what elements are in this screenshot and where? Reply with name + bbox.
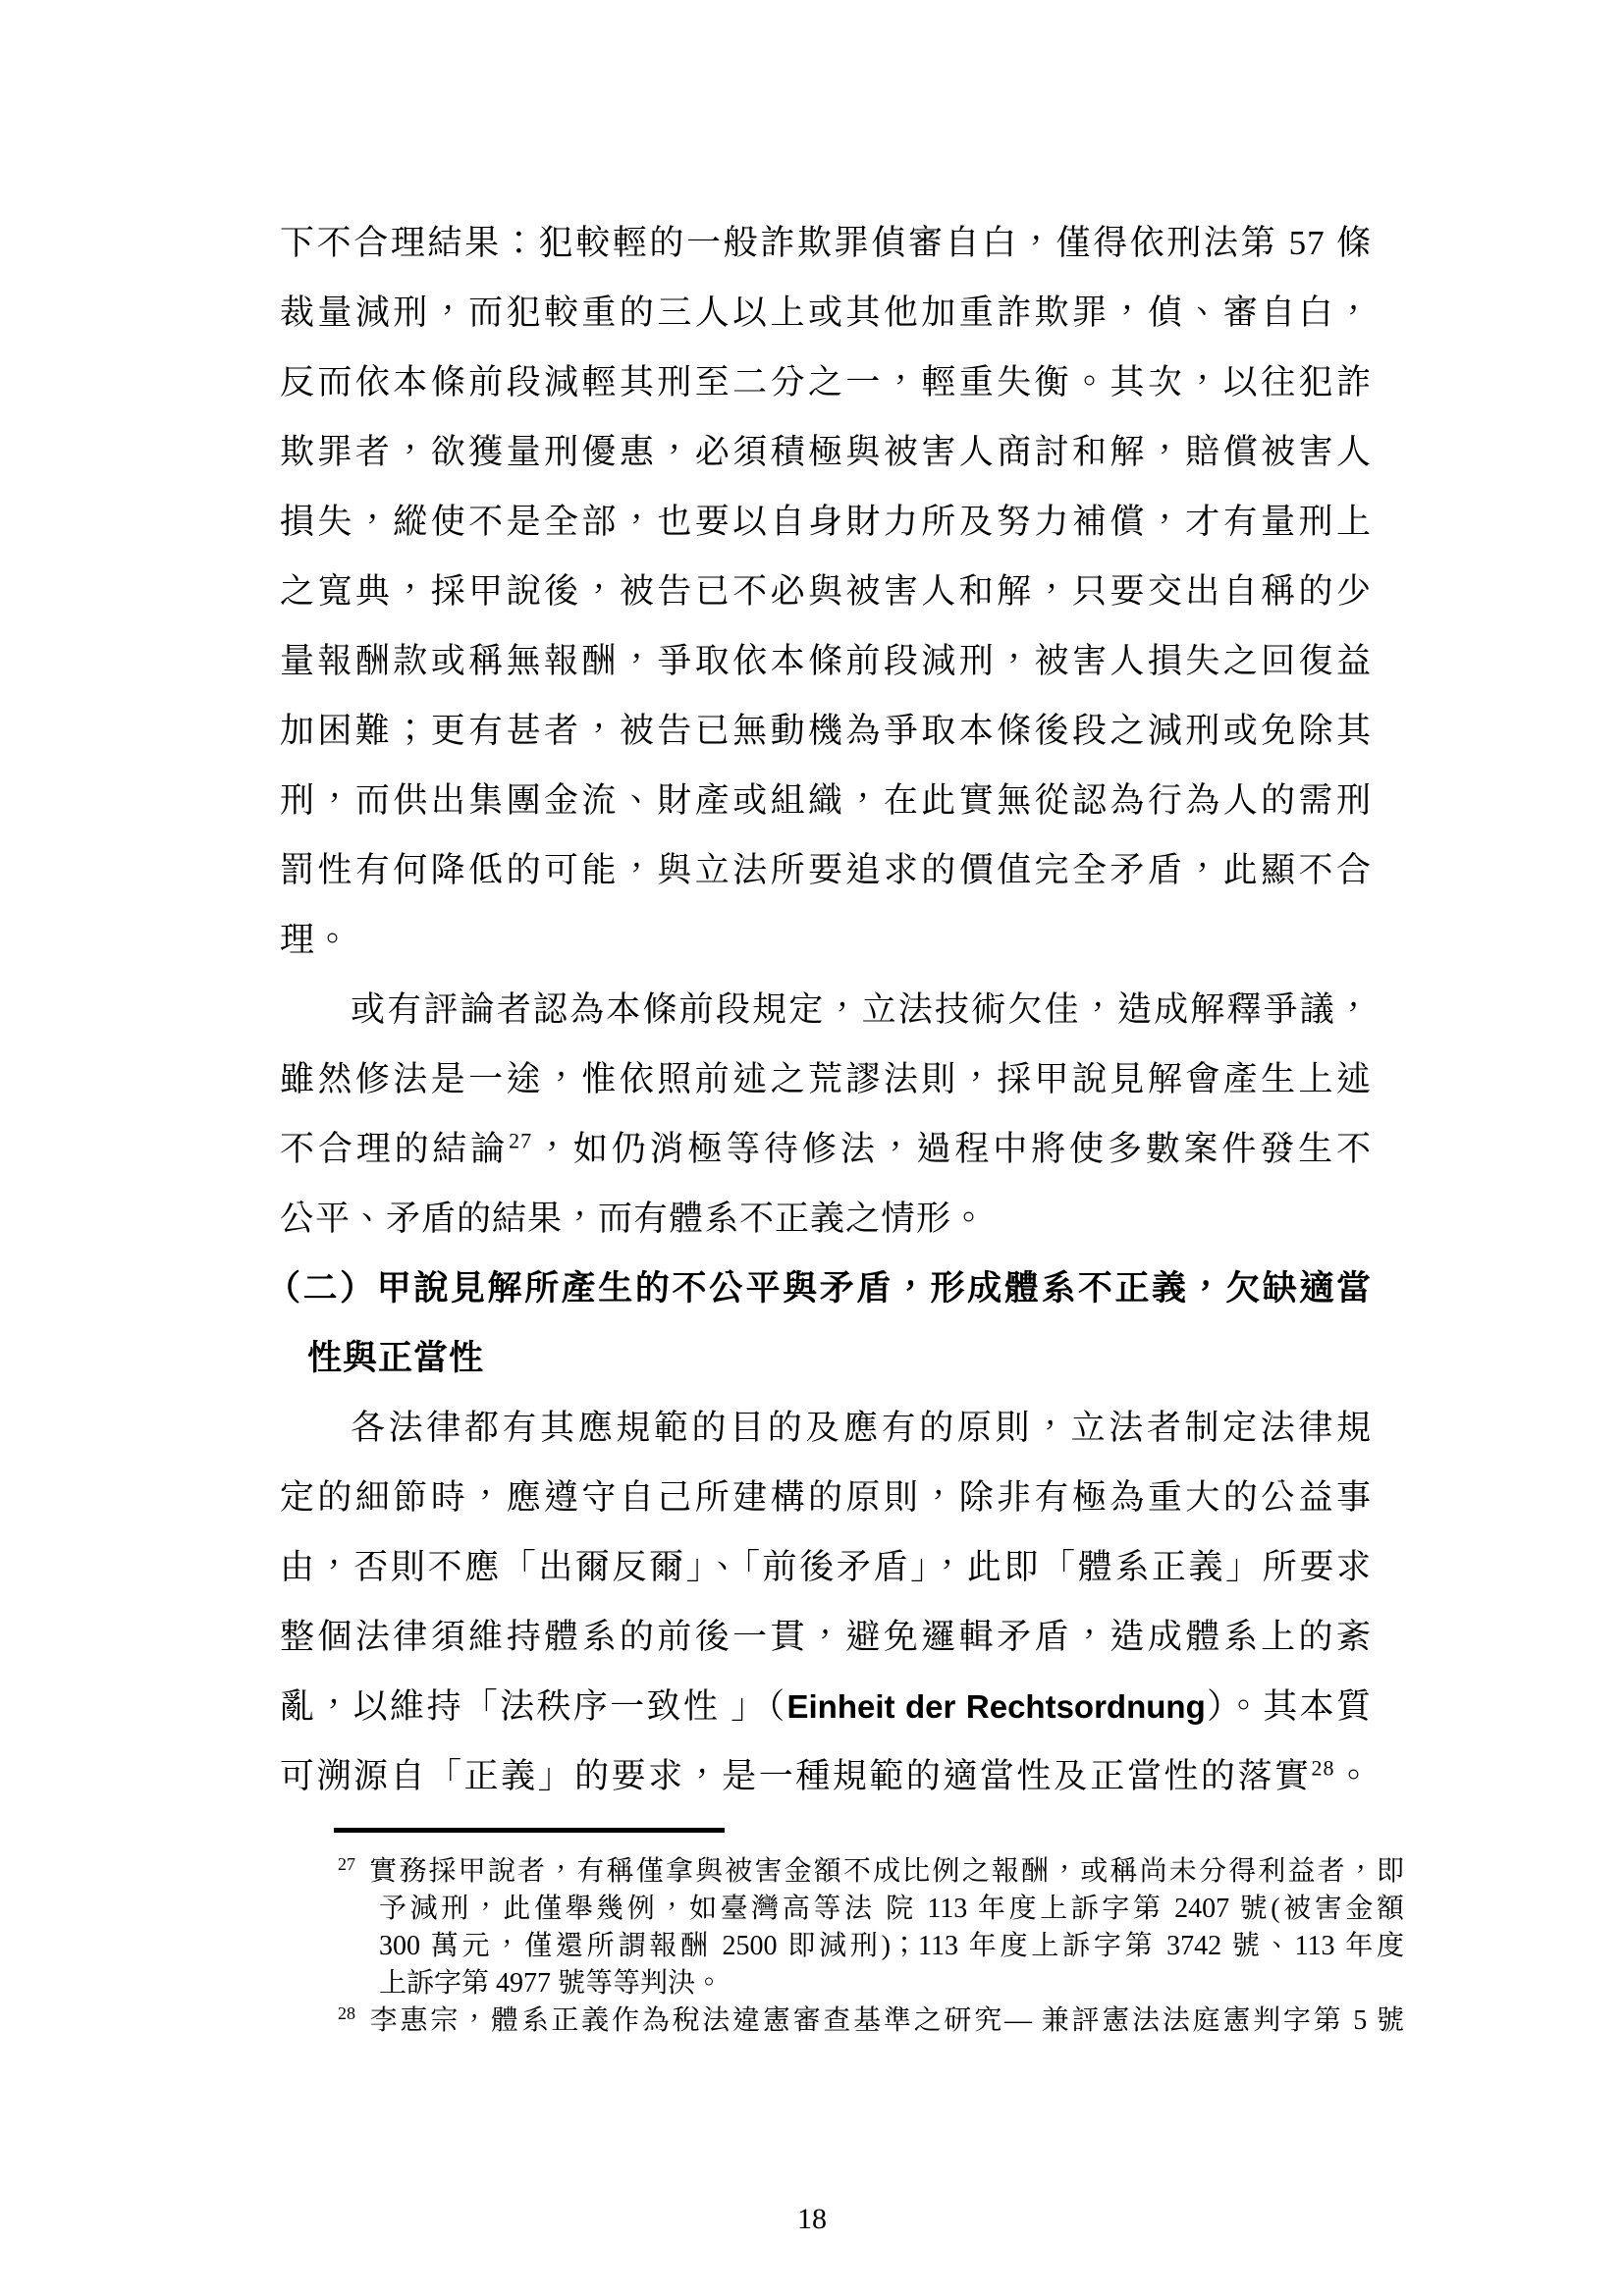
body-line: 之寬典，採甲說後，被告已不必與被害人和解，只要交出自稱的少 xyxy=(280,557,1372,626)
body-line: 公平、矛盾的結果，而有體系不正義之情形。 xyxy=(280,1184,1372,1254)
body-line: 整個法律須維持體系的前後一貫，避免邏輯矛盾，造成體系上的紊 xyxy=(280,1602,1372,1672)
footnote-ref-28: 28 xyxy=(1311,1755,1334,1780)
footnote-27-line: 予減刑，此僅舉幾例，如臺灣高等法 院 113 年度上訴字第 2407 號(被害金… xyxy=(379,1891,1404,1928)
body-line: 反而依本條前段減輕其刑至二分之一，輕重失衡。其次，以往犯詐 xyxy=(280,347,1372,417)
footnote-27-line: 上訴字第 4977 號等等判決。 xyxy=(379,1965,1404,2002)
body-line: 裁量減刑，而犯較重的三人以上或其他加重詐欺罪，偵、審自白， xyxy=(280,278,1372,347)
body-line: 欺罪者，欲獲量刑優惠，必須積極與被害人商討和解，賠償被害人 xyxy=(280,417,1372,487)
body-text-segment: ，如仍消極等待修法，過程中將使多數案件發生不 xyxy=(532,1130,1372,1168)
footnotes: 27實務採甲說者，有稱僅拿與被害金額不成比例之報酬，或稱尚未分得利益者，即 予減… xyxy=(338,1853,1404,2040)
footnote-text-segment: 李惠宗，體系正義作為稅法違憲審查基準之研究— 兼評憲法法庭憲判字第 5 號 xyxy=(367,2005,1404,2036)
body-line: 下不合理結果：犯較輕的一般詐欺罪偵審自白，僅得依刑法第 57 條 xyxy=(280,208,1372,278)
body-line: 各法律都有其應規範的目的及應有的原則，立法者制定法律規 xyxy=(280,1393,1372,1463)
body-line-with-footnote-ref: 可溯源自「正義」的要求，是一種規範的適當性及正當性的落實28。 xyxy=(280,1741,1372,1811)
footnote-27-line: 300 萬元，僅還所謂報酬 2500 即減刑)；113 年度上訴字第 3742 … xyxy=(379,1928,1404,1965)
footnote-27-line: 27實務採甲說者，有稱僅拿與被害金額不成比例之報酬，或稱尚未分得利益者，即 xyxy=(338,1853,1404,1891)
body-line: 理。 xyxy=(280,905,1372,975)
footnote-27-marker: 27 xyxy=(338,1854,355,1874)
document-page: 下不合理結果：犯較輕的一般詐欺罪偵審自白，僅得依刑法第 57 條 裁量減刑，而犯… xyxy=(0,0,1624,2296)
footnote-28-line: 28李惠宗，體系正義作為稅法違憲審查基準之研究— 兼評憲法法庭憲判字第 5 號 xyxy=(338,2002,1404,2040)
body-line: 刑，而供出集團金流、財產或組織，在此實無從認為行為人的需刑 xyxy=(280,766,1372,835)
body-line: 雖然修法是一途，惟依照前述之荒謬法則，採甲說見解會產生上述 xyxy=(280,1044,1372,1114)
main-text: 下不合理結果：犯較輕的一般詐欺罪偵審自白，僅得依刑法第 57 條 裁量減刑，而犯… xyxy=(280,208,1372,1811)
section-heading-line: 性與正當性 xyxy=(307,1323,1372,1393)
body-line: 量報酬款或稱無報酬，爭取依本條前段減刑，被害人損失之回復益 xyxy=(280,626,1372,696)
body-line: 罰性有何降低的可能，與立法所要追求的價值完全矛盾，此顯不合 xyxy=(280,835,1372,905)
footnote-text-segment: 實務採甲說者，有稱僅拿與被害金額不成比例之報酬，或稱尚未分得利益者，即 xyxy=(367,1856,1404,1887)
page-number: 18 xyxy=(0,2203,1624,2236)
body-line: 由，否則不應「出爾反爾」、「前後矛盾」，此即「體系正義」所要求 xyxy=(280,1532,1372,1602)
body-line: 或有評論者認為本條前段規定，立法技術欠佳，造成解釋爭議， xyxy=(280,975,1372,1044)
body-text-segment: 可溯源自「正義」的要求，是一種規範的適當性及正當性的落實 xyxy=(280,1757,1311,1795)
latin-term: Einheit der Rechtsordnung xyxy=(787,1688,1206,1725)
body-text-segment: 不合理的結論 xyxy=(280,1130,509,1168)
body-text-segment: 。 xyxy=(1334,1757,1372,1795)
body-text-segment: 亂，以維持「法秩序一致性 」（ xyxy=(280,1687,787,1726)
footnote-28-marker: 28 xyxy=(338,2003,355,2023)
body-line: 損失，縱使不是全部，也要以自身財力所及努力補償，才有量刑上 xyxy=(280,487,1372,557)
body-line: 定的細節時，應遵守自己所建構的原則，除非有極為重大的公益事 xyxy=(280,1463,1372,1532)
section-heading-line: （二）甲說見解所產生的不公平與矛盾，形成體系不正義，欠缺適當 xyxy=(266,1254,1372,1323)
body-line-with-footnote-ref: 不合理的結論27，如仍消極等待修法，過程中將使多數案件發生不 xyxy=(280,1114,1372,1184)
body-text-segment: ）。其本質 xyxy=(1206,1687,1372,1726)
footnote-separator xyxy=(334,1828,725,1833)
footnote-ref-27: 27 xyxy=(509,1128,532,1152)
body-line: 加困難；更有甚者，被告已無動機為爭取本條後段之減刑或免除其 xyxy=(280,696,1372,766)
body-line-with-latin: 亂，以維持「法秩序一致性 」（Einheit der Rechtsordnung… xyxy=(280,1672,1372,1741)
